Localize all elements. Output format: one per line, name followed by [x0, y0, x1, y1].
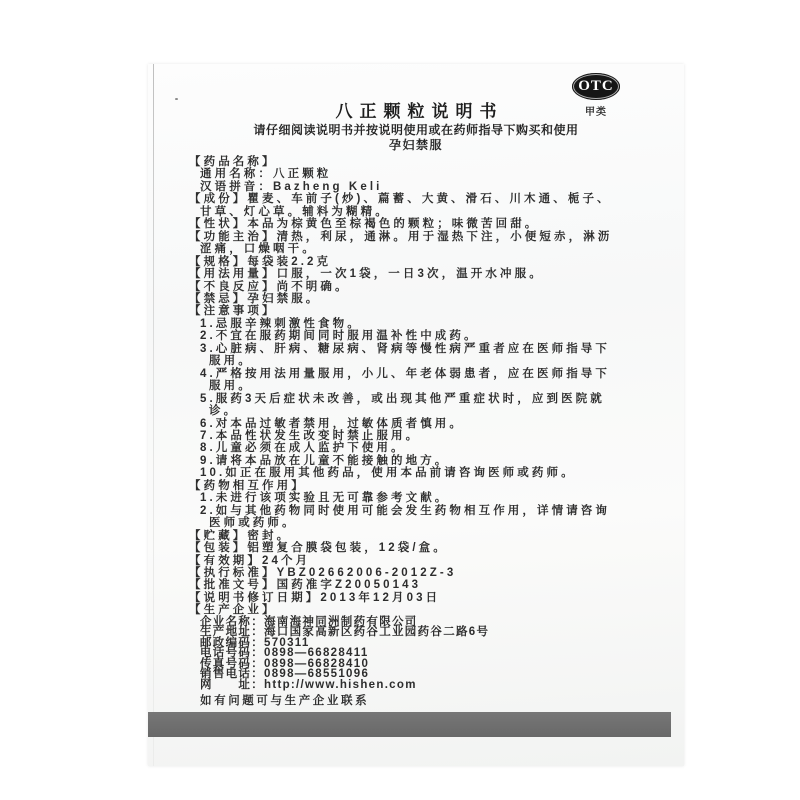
leaflet-line: 通用名称：八正颗粒: [200, 168, 675, 180]
section-packaging: 【包装】铝塑复合膜袋包装，12袋/盒。: [189, 542, 675, 554]
interaction-item: 1.未进行该项实验且无可靠参考文献。: [200, 492, 675, 504]
interaction-item-continued: 医师或药师。: [209, 517, 675, 529]
section-specification: 【规格】每袋装2.2克: [189, 256, 675, 268]
section-precautions: 【注意事项】: [189, 305, 675, 317]
section-revision-date: 【说明书修订日期】2013年12月03日: [189, 592, 675, 604]
section-drug-name: 【药品名称】: [189, 156, 675, 168]
section-storage: 【贮藏】密封。: [189, 530, 675, 542]
otc-badge-label: OTC: [578, 78, 614, 95]
precaution-item: 5.服药3天后症状未改善，或出现其他严重症状时，应到医院就: [200, 393, 675, 405]
page-title: 八正颗粒说明书: [148, 97, 684, 122]
section-adverse-reactions: 【不良反应】尚不明确。: [189, 281, 675, 293]
section-ingredients: 【成份】瞿麦、车前子(炒)、萹蓄、大黄、滑石、川木通、栀子、: [189, 193, 675, 205]
interaction-item: 2.如与其他药物同时使用可能会发生药物相互作用，详情请咨询: [200, 505, 675, 517]
section-standard: 【执行标准】YBZ02662006-2012Z-3: [189, 567, 675, 579]
section-drug-interactions: 【药物相互作用】: [189, 480, 675, 492]
section-shelf-life: 【有效期】24个月: [189, 555, 675, 567]
leaflet-body: 【药品名称】 通用名称：八正颗粒 汉语拼音：Bazheng Keli 【成份】瞿…: [189, 156, 675, 708]
otc-badge-icon: OTC: [572, 73, 620, 100]
section-contraindications: 【禁忌】孕妇禁服。: [189, 293, 675, 305]
leaflet-line: 甘草、灯心草。辅料为糊精。: [200, 206, 675, 218]
leaflet-line: 汉语拼音：Bazheng Keli: [200, 181, 675, 193]
precaution-item: 7.本品性状发生改变时禁止服用。: [200, 430, 675, 442]
bottom-gray-bar: [148, 712, 671, 737]
section-manufacturer: 【生产企业】: [189, 604, 675, 616]
precaution-item: 10.如正在服用其他药品，使用本品前请咨询医师或药师。: [200, 467, 675, 479]
leaflet-line: 涩痛，口燥咽干。: [200, 243, 675, 255]
precaution-item: 2.不宜在服药期间同时服用温补性中成药。: [200, 330, 675, 342]
manufacturer-website: 网 址：http://www.hishen.com: [200, 680, 675, 691]
section-dosage: 【用法用量】口服，一次1袋，一日3次，温开水冲服。: [189, 268, 675, 280]
precaution-item: 8.儿童必须在成人监护下使用。: [200, 442, 675, 454]
precaution-item: 3.心脏病、肝病、糖尿病、肾病等慢性病严重者应在医师指导下: [200, 343, 675, 355]
section-indications: 【功能主治】清热，利尿，通淋。用于湿热下注，小便短赤，淋沥: [189, 231, 675, 243]
pregnancy-warning: 孕妇禁服: [148, 136, 684, 153]
precaution-item: 1.忌服辛辣刺激性食物。: [200, 318, 675, 330]
precaution-item-continued: 服用。: [209, 380, 675, 392]
section-approval-number: 【批准文号】国药准字Z20050143: [189, 579, 675, 591]
precaution-item-continued: 诊。: [209, 405, 675, 417]
contact-note: 如有问题可与生产企业联系: [200, 695, 675, 707]
precaution-item: 9.请将本品放在儿童不能接触的地方。: [200, 455, 675, 467]
scan-edge-line: [153, 64, 154, 766]
precaution-item: 4.严格按用法用量服用，小儿、年老体弱患者，应在医师指导下: [200, 368, 675, 380]
leaflet-paper: OTC 甲类 八正颗粒说明书 请仔细阅读说明书并按说明使用或在药师指导下购买和使…: [148, 64, 684, 766]
section-description: 【性状】本品为棕黄色至棕褐色的颗粒；味微苦回甜。: [189, 218, 675, 230]
precaution-item-continued: 服用。: [209, 355, 675, 367]
precaution-item: 6.对本品过敏者禁用，过敏体质者慎用。: [200, 418, 675, 430]
screenshot-stage: OTC 甲类 八正颗粒说明书 请仔细阅读说明书并按说明使用或在药师指导下购买和使…: [0, 0, 800, 800]
